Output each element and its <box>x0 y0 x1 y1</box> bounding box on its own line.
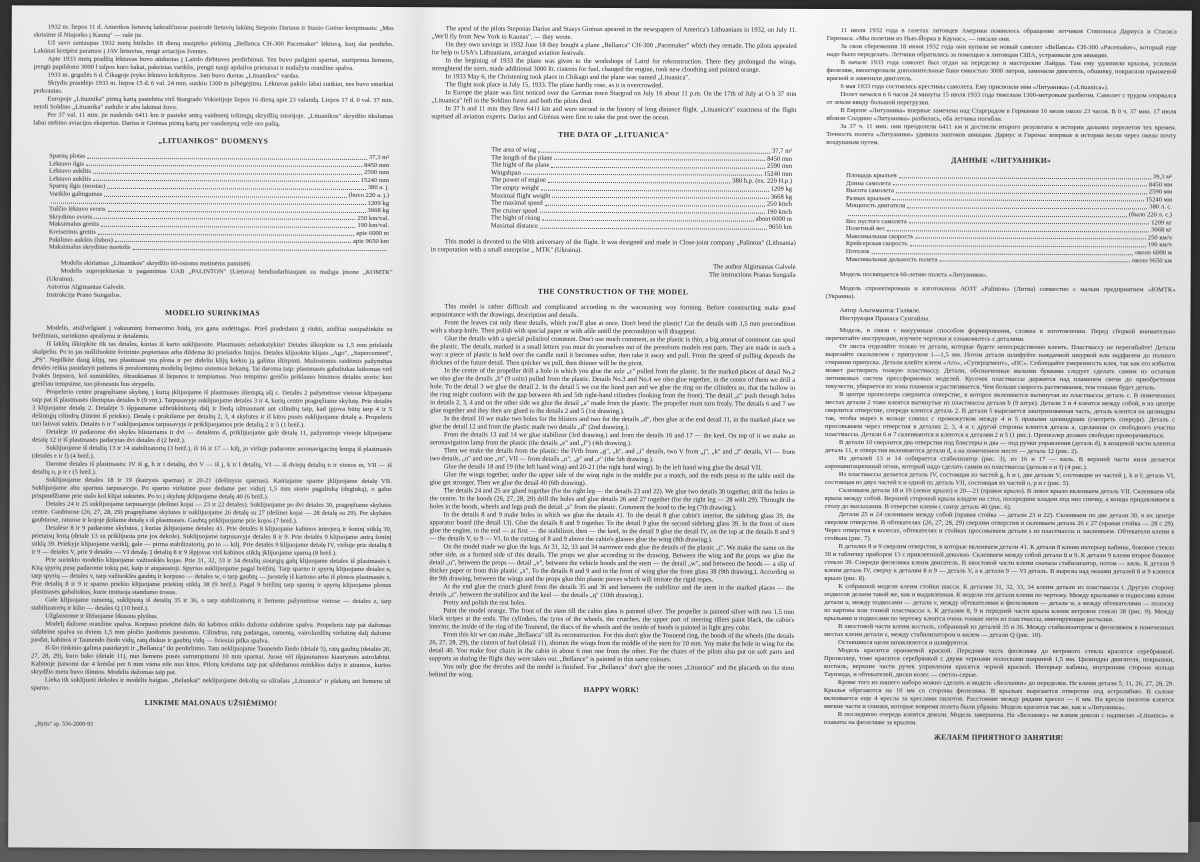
spec-value: (buvo 220 a. j.) <box>349 192 390 200</box>
paragraph: Suklijuojame iš detalių 13 ir 14 stabili… <box>32 444 392 462</box>
paragraph: Then we make the details from the plasti… <box>430 447 795 465</box>
paragraph: За свои сбережения 18 июня 1932 года они… <box>827 43 1177 61</box>
leader-dots <box>887 230 1149 232</box>
paragraph: On the model made we glue the legs. At 3… <box>429 543 794 585</box>
spec-value: (было 220 л. с.) <box>1129 211 1172 219</box>
paragraph: Кроме того из нашего набора можно сделат… <box>824 679 1174 713</box>
spec-value: 2590 mm <box>767 163 792 171</box>
leader-dots <box>548 182 730 184</box>
spec-value: 3668 kg <box>367 207 388 215</box>
leader-dots <box>909 245 1145 247</box>
spec-label: The area of wing <box>491 147 536 155</box>
paragraph: Из деталей 13 и 14 собирается стабилизат… <box>825 455 1175 473</box>
spec-value: 2590 mm <box>364 169 389 177</box>
leader-dots <box>93 173 362 175</box>
paragraph: Склеиваем детали 18 и 19 (левое крыло) и… <box>825 487 1175 513</box>
ru-cooperation: Модель спроектирована и изготовлена АОЗТ… <box>826 285 1176 303</box>
ru-instructions-author: Инструкция Пранаса Сунгайлы. <box>839 315 1175 324</box>
spec-label: Максимальная дальность полета <box>846 256 938 264</box>
spec-value: около 6000 м <box>1135 249 1172 257</box>
spec-value: 37,3 m² <box>369 154 389 162</box>
spec-label: Мощность двигателя <box>846 202 905 210</box>
en-dedication: This model is devoted to the 60th aniver… <box>431 238 796 256</box>
spec-value: 15240 mm <box>764 170 792 178</box>
paragraph: Detalėse 8 ir 9 padarome skylutes, į kur… <box>31 524 391 558</box>
leader-dots <box>94 218 355 220</box>
ru-data-heading: ДАННЫЕ «ЛИТУАНИКИ» <box>826 156 1176 166</box>
paragraph: Darome detales iš plastmasės: IV iš g, h… <box>32 460 392 478</box>
paragraph: В последнюю очередь клеятся деколи. Моде… <box>824 711 1174 729</box>
lt-cooperation: Modelis suprojektuotas ir pagamintas UAB… <box>47 267 393 285</box>
spec-label: Skrydimo svoris <box>49 213 92 221</box>
spec-label: Wingshpan <box>491 169 521 177</box>
spec-value: 1209 кг <box>1151 219 1172 227</box>
leader-dots <box>98 233 354 235</box>
spec-value: 1209 kg <box>368 200 389 208</box>
spec-row: Maximal distance9650 km <box>491 222 792 231</box>
spec-label: The cruiser speed <box>491 207 538 215</box>
spec-label: Lėktuvo ilgis <box>49 160 84 168</box>
paragraph: In the begining of 1933 the plane was gi… <box>432 57 797 75</box>
spec-value: 250 км/ч <box>1148 234 1172 242</box>
paragraph: From this kit we can make „Bellanca" til… <box>429 631 794 665</box>
leader-dots <box>523 174 762 176</box>
lt-instructions-author: Instrukcija Prano Sungailos. <box>47 291 393 301</box>
lt-data-heading: „LITUANIKOS" DUOMENYS <box>33 137 393 147</box>
paragraph: Modelį dažome oranžine spalva. Korpuso p… <box>31 620 391 646</box>
leader-dots <box>872 253 1134 255</box>
paragraph: Europoje „Lituanika" pirmą kartą pastebė… <box>33 96 393 114</box>
paragraph: 11 июля 1932 года в газетах литовцев Аме… <box>827 27 1177 45</box>
leader-dots <box>86 165 362 167</box>
paragraph: Полет начался в 6 часов 24 минуты 15 июл… <box>826 91 1176 109</box>
leader-dots <box>899 177 1151 179</box>
spec-label: Variklio galingumas <box>49 191 102 199</box>
leader-dots <box>107 211 365 213</box>
spec-value: 1209 kg <box>771 186 792 194</box>
leader-dots <box>545 205 765 207</box>
spec-label: The empty weight <box>491 184 539 192</box>
lt-intro: 1932 m. liepos 11 d. Amerikos lietuvių l… <box>33 24 393 130</box>
spec-value: 39,3 м² <box>1153 173 1172 181</box>
spec-value: около 9650 км <box>1132 257 1172 265</box>
paragraph: Iš lakštų iškirpkite tik tas detales, ku… <box>32 340 392 390</box>
spec-value: 9650 km <box>769 224 792 232</box>
ru-specs-table: Площадь крыльев39,3 м²Длина самолета8450… <box>846 172 1172 265</box>
paragraph: In the details 8 and 9 make holes in whi… <box>430 511 795 545</box>
spec-value: 380 h.p. (ex. 220 H.p.) <box>732 178 792 186</box>
spec-value: 8450 мм <box>1149 181 1172 189</box>
paragraph: The details 24 and 25 are glued together… <box>430 487 795 513</box>
paragraph: Prie surinkto modelio klijuojame važiuok… <box>31 556 391 598</box>
spec-label: Длина самолета <box>846 180 891 188</box>
spec-value: 3668 кг <box>1151 227 1172 235</box>
leader-dots <box>104 195 346 197</box>
leader-dots <box>907 207 1147 209</box>
paragraph: In 37 h and 11 min they flew 6411 km and… <box>431 105 796 123</box>
leader-dots <box>551 167 765 169</box>
spec-value: 190 km/h <box>767 208 792 216</box>
spec-value: 8450 mm <box>767 155 792 163</box>
paragraph: Glue the wings together, under the upper… <box>430 471 795 489</box>
paragraph: В центре пропеллера сверлится отверстие,… <box>825 391 1175 441</box>
lt-specs-table: Sparnų plotas37,3 m²Lėktuvo ilgis8450 mm… <box>49 153 389 253</box>
ru-assembly: Модель, в связи с вакуумным способом фор… <box>824 327 1176 729</box>
paragraph: From the leaves cut only these details, … <box>430 319 795 337</box>
spec-value: 3668 kg <box>771 193 792 201</box>
paragraph: This model is rather difficult and compl… <box>430 303 795 321</box>
spec-value: 8450 mm <box>364 162 389 170</box>
spec-label: Lėktuvo aukštis <box>49 175 91 183</box>
paragraph: Propelerio centre pragręžiame skylutę, į… <box>32 388 392 430</box>
leader-dots <box>542 220 753 222</box>
leader-dots <box>538 151 770 153</box>
paragraph: Suklijuojame detales 18 ir 19 (kairysis … <box>32 476 392 502</box>
english-column: The apeal of the pilots Steponas Darius … <box>429 25 797 694</box>
paragraph: Из пластмассы делается деталь IV, состоя… <box>825 471 1175 489</box>
lt-assembly-heading: MODELIO SURINKIMAS <box>32 308 392 318</box>
spec-value: 190 km/val. <box>357 222 389 230</box>
paragraph: Modelis, atsižvelgiant į vakuuminį forma… <box>32 324 392 342</box>
en-instructions-author: The instructions Pranas Sungaila <box>431 270 796 280</box>
spec-value: 190 км/ч <box>1148 242 1172 250</box>
paragraph: Glue the details with a special polistir… <box>430 335 795 369</box>
spec-label: Размах крыльев <box>846 195 890 203</box>
en-intro: The apeal of the pilots Steponas Darius … <box>431 25 796 123</box>
lithuanian-column: 1932 m. liepos 11 d. Amerikos lietuvių l… <box>31 24 394 730</box>
paragraph: Už savo santaupas 1932 metų birželio 18 … <box>34 40 394 58</box>
paragraph: В хвостовой части клеим костыль, собранн… <box>824 623 1174 641</box>
leader-dots <box>132 249 386 251</box>
leader-dots <box>896 192 1147 194</box>
paragraph: On they own savings in 1932 June 18 they… <box>432 41 797 59</box>
spec-value: 250 km/val. <box>357 215 389 223</box>
paragraph: В Европе «Литуаника» впервые замечена на… <box>826 107 1176 125</box>
spec-value: 2590 мм <box>1149 189 1172 197</box>
paragraph: Paint the model orange. The front of the… <box>429 607 794 633</box>
leader-dots <box>107 188 366 190</box>
spec-value: 380 л. с. <box>1149 204 1172 212</box>
leader-dots <box>93 180 359 182</box>
leader-dots <box>87 157 367 159</box>
leader-dots <box>892 200 1143 202</box>
paragraph: В начале 1933 года самолет был отдан на … <box>827 59 1177 85</box>
en-construction-heading: THE CONSTRUCTION OF THE MODEL <box>431 287 796 297</box>
paragraph: From the details 13 and 14 we glue stabi… <box>430 431 795 449</box>
paragraph: In the detail 10 we make two holes for t… <box>430 415 795 433</box>
paragraph: К собранной модели клеим стойки шасси. К… <box>824 583 1174 625</box>
paragraph: В детали 10 сверлится два отверстия под … <box>825 439 1175 457</box>
spec-value: apie 9650 km <box>353 237 389 245</box>
paragraph: You only glue the decoles and the model … <box>429 663 794 681</box>
en-credits: The author Algimantas Galvelė The instru… <box>431 262 796 280</box>
leader-dots <box>893 184 1147 186</box>
spec-label: Maksimalus skrydimo nuotolis <box>49 244 131 252</box>
paragraph: The apeal of the pilots Steponas Darius … <box>432 25 797 43</box>
spec-value: 250 km/h <box>767 201 792 209</box>
spec-label: Потолок <box>846 248 870 256</box>
spec-label: Lėktuvo aukštis <box>49 168 91 176</box>
leader-dots <box>539 212 764 214</box>
instruction-sheet: 1932 m. liepos 11 d. Amerikos lietuvių l… <box>8 5 1192 852</box>
spec-label: Sparnų plotas <box>49 153 85 161</box>
russian-column: 11 июля 1932 года в газетах литовцев Аме… <box>824 27 1177 743</box>
paragraph: Skrydis prasidėjo 1933 m. liepos 15 d. 6… <box>33 80 393 98</box>
spec-value: about 6000 m <box>756 216 792 224</box>
spec-value: 37,7 m² <box>772 148 792 156</box>
lt-assembly: Modelis, atsižvelgiant į vakuuminį forma… <box>31 324 393 694</box>
paragraph: От листа отделяйте только те детали, кот… <box>825 343 1175 393</box>
ru-credits: Автор Альгимантас Галвяле. Инструкция Пр… <box>839 307 1175 324</box>
spec-row: Maksimalus skrydimo nuotolis <box>49 244 389 253</box>
ru-closing: ЖЕЛАЕМ ПРИЯТНОГО ЗАНЯТИЯ! <box>824 733 1174 743</box>
leader-dots <box>915 238 1145 240</box>
paragraph: Per 37 val. 11 min. jie nuskrido 6411 km… <box>33 112 393 130</box>
spec-value: apie 6000 m <box>356 230 389 238</box>
leader-dots <box>541 189 769 191</box>
paragraph: Detalėje 10 padarome dvi skyles blisteri… <box>32 428 392 446</box>
paragraph: Детали 25 и 24 склеиваем между собой (пр… <box>825 511 1175 545</box>
paragraph: 1932 m. liepos 11 d. Amerikos lietuvių l… <box>34 24 394 42</box>
paragraph: Модель, в связи с вакуумным способом фор… <box>825 327 1175 345</box>
paragraph: In the centre of the propeller drill a h… <box>430 367 795 417</box>
leader-dots <box>909 223 1149 225</box>
lt-closing: LINKIME MALONAUS UŽSIĖMIMO! <box>31 698 391 708</box>
ru-intro: 11 июля 1932 года в газетах литовцев Аме… <box>826 27 1177 149</box>
spec-label: Maximal distance <box>491 222 538 230</box>
en-data-heading: THE DATA OF „LITUANICA" <box>431 130 796 140</box>
leader-dots <box>552 197 768 199</box>
paragraph: Detales 24 ir 25 suklijuojame tarpusavyj… <box>32 500 392 526</box>
paragraph: Iš šio rinkinio galima pasidaryti ir „Be… <box>31 644 391 678</box>
leader-dots <box>115 241 351 243</box>
en-specs-table: The area of wing37,7 m²The length of the… <box>491 147 792 232</box>
paragraph: Lieka tik suklijuoti dekoles ir modelis … <box>31 676 391 694</box>
paragraph: Модель красится оранжевой краской. Перед… <box>824 647 1174 681</box>
lt-credits: Modelis skiriamas „Lituanikos" skrydžio … <box>47 259 393 301</box>
leader-dots <box>554 159 765 161</box>
leader-dots <box>540 227 767 229</box>
paragraph: В деталях 8 и 9 сверлим отверстия, в кот… <box>824 543 1174 585</box>
en-construction: This model is rather difficult and compl… <box>429 303 796 681</box>
leader-dots <box>51 203 366 205</box>
leader-dots <box>101 226 355 228</box>
leader-dots <box>848 215 1127 217</box>
paragraph: In Europe the plane was first noticed ov… <box>431 89 796 107</box>
spec-value: 380 a. j. <box>368 184 389 192</box>
spec-row: Максимальная дальность полетаоколо 9650 … <box>846 256 1172 265</box>
paragraph: Gale klijuojame ramentą, suklijuotą iš d… <box>31 596 391 614</box>
print-code: „Rytis" sp. 556-2000-93 <box>35 720 391 730</box>
paragraph: За 37 ч. 11 мин. они преодолели 6411 км … <box>826 123 1176 149</box>
paragraph: Apie 1933 metų pradžią lėktuvas buvo ati… <box>34 56 394 74</box>
leader-dots <box>939 261 1129 263</box>
spec-label: Полетный вес <box>846 225 885 233</box>
paragraph: At the end glue the crutch glued from th… <box>429 583 794 601</box>
en-closing: HAPPY WORK! <box>429 685 794 695</box>
spec-value: 15240 mm <box>361 177 389 185</box>
spec-value: 15240 мм <box>1146 196 1173 204</box>
